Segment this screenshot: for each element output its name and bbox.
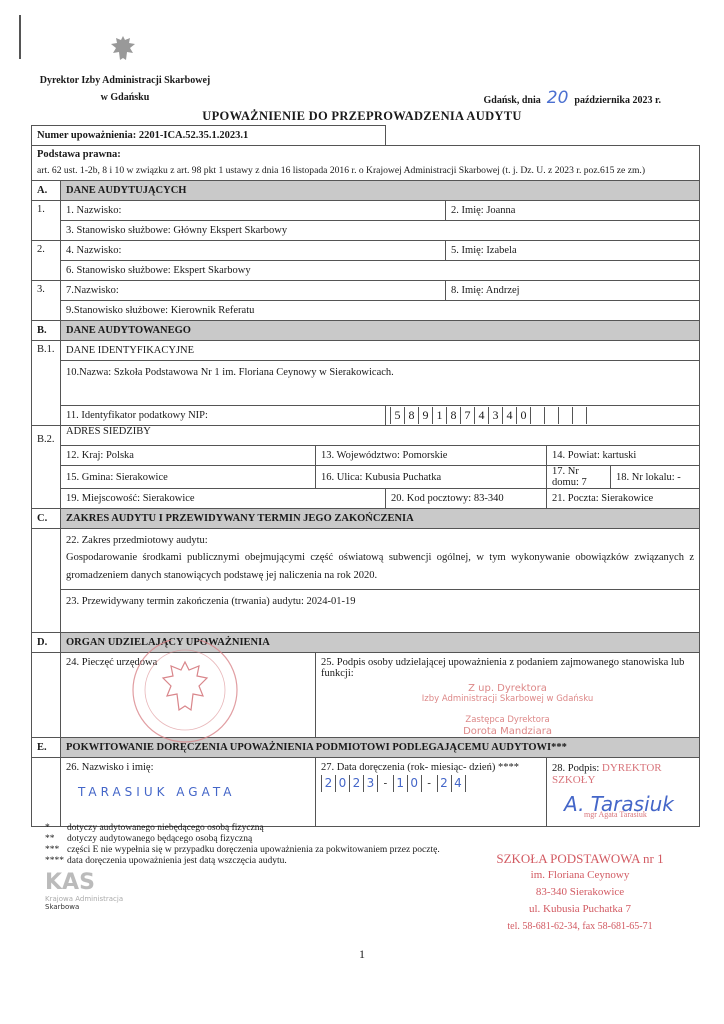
- nip-digit: 4: [474, 407, 488, 424]
- school-stamp-line: ul. Kubusia Puchatka 7: [470, 901, 690, 918]
- nip-digit: [558, 407, 572, 424]
- nip-digit: 8: [446, 407, 460, 424]
- issuer-line2: w Gdańsku: [30, 89, 220, 106]
- flat-no: 18. Nr lokalu: -: [611, 466, 700, 489]
- footnotes: *dotyczy audytowanego niebędącego osobą …: [45, 823, 440, 867]
- nip-digit: 1: [432, 407, 446, 424]
- issuer: Dyrektor Izby Administracji Skarbowej w …: [30, 72, 220, 106]
- nip-digit: 7: [460, 407, 474, 424]
- nip-digit: 5: [390, 407, 404, 424]
- recipient-name-handwritten: TARASIUK AGATA: [78, 785, 310, 799]
- b1-title: DANE IDENTYFIKACYJNE: [61, 341, 700, 361]
- auditor-3-no: 3.: [32, 281, 61, 321]
- school-stamp-line: tel. 58-681-62-34, fax 58-681-65-71: [470, 918, 690, 935]
- nip-digit: 4: [502, 407, 516, 424]
- section-d-code: D.: [32, 633, 61, 653]
- section-c-code: C.: [32, 509, 61, 529]
- date-digit: 2: [349, 775, 363, 792]
- nip-digit: 8: [404, 407, 418, 424]
- nip-digit: [530, 407, 544, 424]
- footnote: **dotyczy audytowanego będącego osobą fi…: [45, 834, 440, 845]
- eagle-emblem-icon: [110, 34, 136, 64]
- b1-code: B.1.: [32, 341, 61, 426]
- street: 16. Ulica: Kubusia Puchatka: [316, 466, 547, 489]
- section-e-code: E.: [32, 738, 61, 758]
- kas-logo: KAS Krajowa Administracja Skarbowa: [45, 870, 123, 911]
- b2-title: ADRES SIEDZIBY: [61, 426, 700, 446]
- deadline: 23. Przewidywany termin zakończenia (trw…: [61, 590, 700, 633]
- section-b-title: DANE AUDYTOWANEGO: [61, 321, 700, 341]
- legal-basis-text: art. 62 ust. 1-2b, 8 i 10 w związku z ar…: [37, 163, 694, 179]
- scope-label: 22. Zakres przedmiotowy audytu:: [66, 533, 694, 549]
- auditor-3-surname: 7.Nazwisko:: [61, 281, 446, 301]
- footnote: ***części E nie wypełnia się w przypadku…: [45, 845, 440, 856]
- school-stamp-line: 83-340 Sierakowice: [470, 884, 690, 901]
- official-seal-icon: [115, 640, 255, 750]
- place-date: Gdańsk, dnia20października 2023 r.: [484, 88, 661, 108]
- legal-basis-label: Podstawa prawna:: [37, 147, 694, 163]
- section-b-code: B.: [32, 321, 61, 341]
- auditor-1-name: 2. Imię: Joanna: [446, 201, 700, 221]
- voivodeship: 13. Województwo: Pomorskie: [316, 446, 547, 466]
- auditor-3-position: 9.Stanowisko służbowe: Kierownik Referat…: [61, 301, 700, 321]
- auditor-3-name: 8. Imię: Andrzej: [446, 281, 700, 301]
- auditor-2-name: 5. Imię: Izabela: [446, 241, 700, 261]
- date-digit: 2: [437, 775, 451, 792]
- date-digit: 0: [407, 775, 422, 792]
- nip-digit: 0: [516, 407, 530, 424]
- house-no: 17. Nr domu: 7: [547, 466, 611, 489]
- scope-text: Gospodarowanie środkami publicznymi obej…: [66, 549, 694, 585]
- nip-digit-boxes: 5891874340: [390, 407, 587, 424]
- footnote: ****data doręczenia upoważnienia jest da…: [45, 856, 440, 867]
- handwritten-day: 20: [547, 88, 569, 108]
- commune: 15. Gmina: Sierakowice: [61, 466, 316, 489]
- authorization-number: Numer upoważnienia: 2201-ICA.52.35.1.202…: [32, 126, 386, 146]
- nip-label: 11. Identyfikator podatkowy NIP:: [61, 406, 386, 426]
- postal-code: 20. Kod pocztowy: 83-340: [386, 489, 547, 509]
- delivery-date-label: 27. Data doręczenia (rok- miesiąc- dzień…: [321, 762, 541, 773]
- school-stamp: SZKOŁA PODSTAWOWA nr 1 im. Floriana Ceyn…: [470, 850, 690, 935]
- place-prefix: Gdańsk, dnia: [484, 95, 541, 106]
- auditor-2-position: 6. Stanowisko służbowe: Ekspert Skarbowy: [61, 261, 700, 281]
- section-a-title: DANE AUDYTUJĄCYCH: [61, 181, 700, 201]
- issuer-signature-label: 25. Podpis osoby udzielającej upoważnien…: [321, 657, 694, 679]
- date-digit: 1: [393, 775, 407, 792]
- date-digit: 4: [451, 775, 466, 792]
- date-digit: 0: [335, 775, 349, 792]
- post-office: 21. Poczta: Sierakowice: [547, 489, 700, 509]
- recipient-signature-stamp-name: mgr Agata Tarasiuk: [584, 810, 694, 819]
- nip-digit: 3: [488, 407, 502, 424]
- document-title: UPOWAŻNIENIE DO PRZEPROWADZENIA AUDYTU: [0, 109, 724, 124]
- section-c-title: ZAKRES AUDYTU I PRZEWIDYWANY TERMIN JEGO…: [61, 509, 700, 529]
- auditor-2-surname: 4. Nazwisko:: [61, 241, 446, 261]
- country: 12. Kraj: Polska: [61, 446, 316, 466]
- delivery-date-boxes: 2023 - 10 - 24: [321, 775, 541, 792]
- kas-logo-mark: KAS: [45, 870, 123, 895]
- margin-mark: [19, 15, 21, 59]
- recipient-signature-label: 28. Podpis:: [552, 763, 599, 774]
- school-stamp-line: im. Floriana Ceynowy: [470, 867, 690, 884]
- recipient-name-label: 26. Nazwisko i imię:: [66, 762, 310, 773]
- county: 14. Powiat: kartuski: [547, 446, 700, 466]
- nip-digit: [544, 407, 558, 424]
- date-digit: 3: [363, 775, 378, 792]
- auditor-1-surname: 1. Nazwisko:: [61, 201, 446, 221]
- issuer-line1: Dyrektor Izby Administracji Skarbowej: [30, 72, 220, 89]
- issuer-signature-stamp: Z up. Dyrektora Izby Administracji Skarb…: [321, 683, 694, 737]
- nip-digit: 9: [418, 407, 432, 424]
- auditor-1-no: 1.: [32, 201, 61, 241]
- kas-logo-line2: Skarbowa: [45, 903, 123, 911]
- kas-logo-line1: Krajowa Administracja: [45, 895, 123, 903]
- nip-digit: [572, 407, 587, 424]
- auditor-1-position: 3. Stanowisko służbowe: Główny Ekspert S…: [61, 221, 700, 241]
- footnote: *dotyczy audytowanego niebędącego osobą …: [45, 823, 440, 834]
- city: 19. Miejscowość: Sierakowice: [61, 489, 386, 509]
- b2-code: B.2.: [32, 426, 61, 509]
- auditor-2-no: 2.: [32, 241, 61, 281]
- entity-name: 10.Nazwa: Szkoła Podstawowa Nr 1 im. Flo…: [61, 361, 700, 406]
- school-stamp-line: SZKOŁA PODSTAWOWA nr 1: [470, 850, 690, 867]
- date-digit: 2: [321, 775, 335, 792]
- section-a-code: A.: [32, 181, 61, 201]
- page-number: 1: [0, 947, 724, 962]
- month-year: października 2023 r.: [574, 95, 661, 106]
